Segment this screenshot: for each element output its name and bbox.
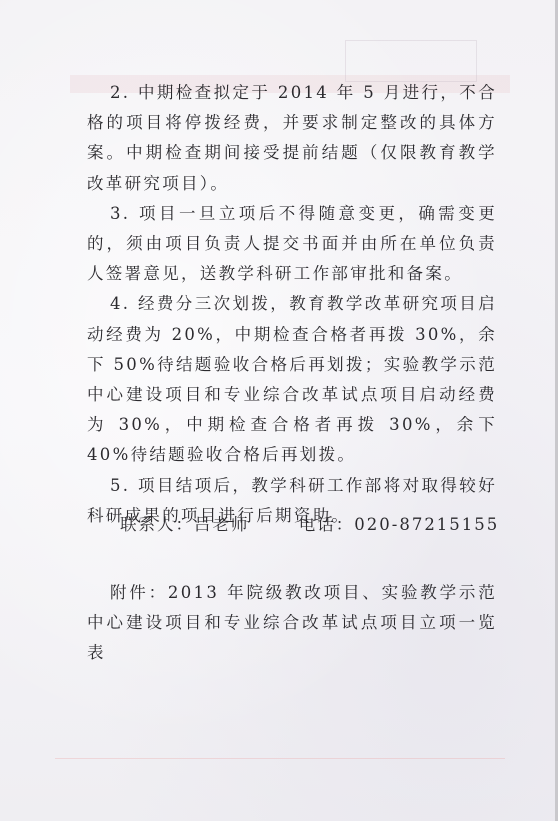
attachment-note: 附件：2013 年院级教改项目、实验教学示范中心建设项目和专业综合改革试点项目立… — [87, 578, 497, 669]
contact-line: 联系人：吕老师 电话：020-87215155 — [120, 511, 499, 535]
body-text: 2. 中期检查拟定于 2014 年 5 月进行，不合格的项目将停拨经费，并要求制… — [87, 78, 497, 531]
contact-person: 联系人：吕老师 — [120, 515, 250, 534]
paragraph-2-mid-term-check: 2. 中期检查拟定于 2014 年 5 月进行，不合格的项目将停拨经费，并要求制… — [87, 78, 497, 199]
contact-phone: 电话：020-87215155 — [299, 515, 500, 534]
paragraph-3-project-changes: 3. 项目一旦立项后不得随意变更，确需变更的，须由项目负责人提交书面并由所在单位… — [87, 199, 497, 290]
bleed-through-rule — [55, 758, 505, 759]
bleed-through-table — [345, 40, 477, 82]
scanned-page: 2. 中期检查拟定于 2014 年 5 月进行，不合格的项目将停拨经费，并要求制… — [0, 0, 558, 821]
paragraph-4-funding-schedule: 4. 经费分三次划拨，教育教学改革研究项目启动经费为 20%，中期检查合格者再拨… — [87, 289, 497, 470]
attachment-text: 附件：2013 年院级教改项目、实验教学示范中心建设项目和专业综合改革试点项目立… — [87, 578, 497, 669]
